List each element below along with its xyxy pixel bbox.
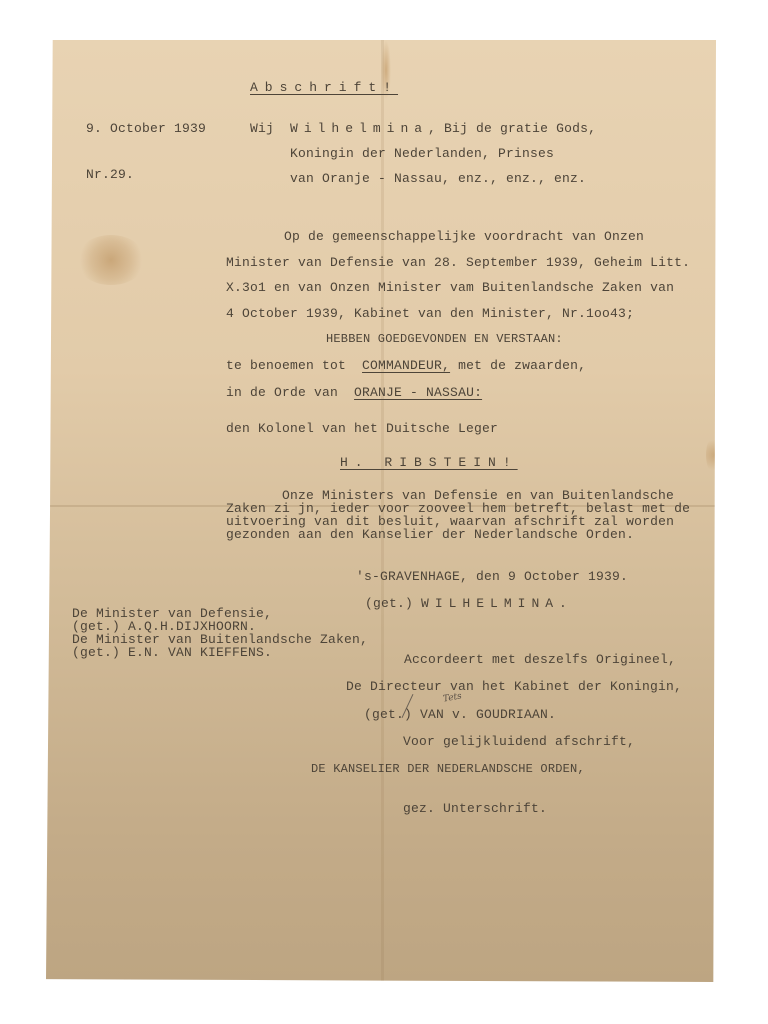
appointment-line-2: in de Orde van ORANJE - NASSAU: [226, 385, 482, 400]
preamble-line-3: van Oranje - Nassau, enz., enz., enz. [290, 171, 586, 186]
signature-prefix: (get.) [365, 596, 413, 611]
stain-mark [76, 235, 146, 285]
execution-line: gezonden aan den Kanselier der Nederland… [226, 527, 634, 542]
order-prefix: in de Orde van [226, 385, 338, 400]
body-line: 4 October 1939, Kabinet van den Minister… [226, 306, 634, 321]
margin-number: Nr.29. [86, 167, 134, 182]
appointment-line-3: den Kolonel van het Duitsche Leger [226, 421, 498, 436]
body-line: X.3o1 en van Onzen Minister vam Buitenla… [226, 280, 674, 295]
document-heading: Abschrift! [250, 80, 398, 95]
body-line: Op de gemeenschappelijke voordracht van … [284, 229, 644, 244]
minister-line: (get.) E.N. VAN KIEFFENS. [72, 645, 272, 660]
monarch-name: Wilhelmina [290, 121, 428, 136]
preamble-line-2: Koningin der Nederlanden, Prinses [290, 146, 554, 161]
appointment-line-1: te benoemen tot COMMANDEUR, met de zwaar… [226, 358, 586, 373]
stain-mark [706, 435, 724, 475]
place-date: 's-GRAVENHAGE, den 9 October 1939. [356, 569, 628, 584]
body-line: Minister van Defensie van 28. September … [226, 255, 690, 270]
certification-line: De Directeur van het Kabinet der Koningi… [346, 679, 682, 694]
main-signature: (get.) WILHELMINA. [365, 596, 573, 611]
preamble-suffix: , Bij de gratie Gods, [428, 121, 596, 136]
appointment-suffix: met de zwaarden, [458, 358, 586, 373]
preamble-line-1: Wij Wilhelmina, Bij de gratie Gods, [250, 121, 596, 136]
decree-heading: HEBBEN GOEDGEVONDEN EN VERSTAAN: [326, 332, 563, 347]
appointment-prefix: te benoemen tot [226, 358, 346, 373]
certification-line: (get.) VAN v. GOUDRIAAN. [364, 707, 556, 722]
margin-date: 9. October 1939 [86, 121, 206, 136]
certification-line: Accordeert met deszelfs Origineel, [404, 652, 676, 667]
preamble-prefix: Wij [250, 121, 274, 136]
certification-line: gez. Unterschrift. [403, 801, 547, 816]
rank: COMMANDEUR, [362, 358, 450, 373]
certification-line: Voor gelijkluidend afschrift, [403, 734, 635, 749]
certification-line: DE KANSELIER DER NEDERLANDSCHE ORDEN, [311, 762, 585, 777]
signatory-name: WILHELMINA. [421, 596, 573, 611]
recipient-name: H. RIBSTEIN! [340, 455, 518, 470]
order-name: ORANJE - NASSAU: [354, 385, 482, 400]
